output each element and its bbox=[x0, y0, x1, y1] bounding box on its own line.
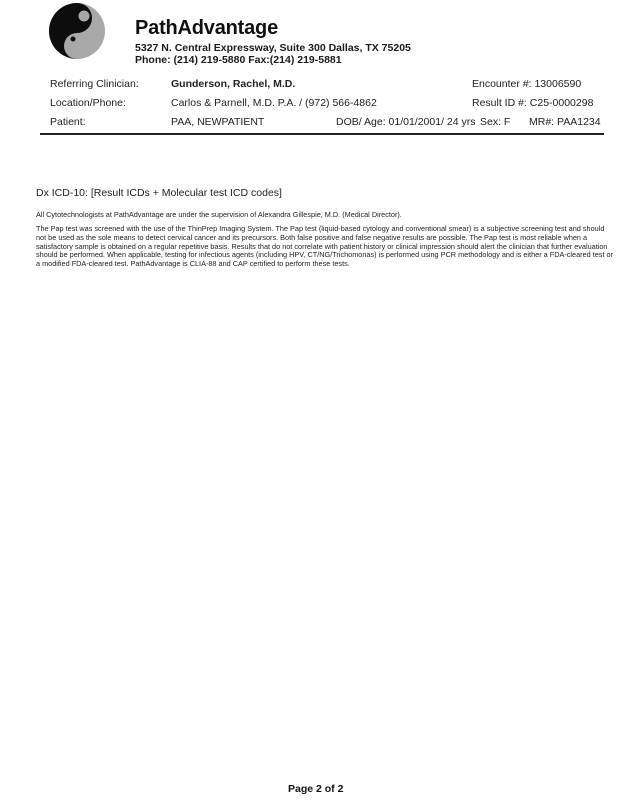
yin-yang-logo-icon bbox=[47, 0, 107, 60]
patient-name: PAA, NEWPATIENT bbox=[171, 116, 264, 128]
pap-test-disclaimer: The Pap test was screened with the use o… bbox=[36, 225, 616, 269]
referring-clinician-value: Gunderson, Rachel, M.D. bbox=[171, 78, 295, 90]
result-id: Result ID #: C25-0000298 bbox=[472, 97, 593, 109]
encounter-number: Encounter #: 13006590 bbox=[472, 78, 581, 90]
patient-sex: Sex: F bbox=[480, 116, 510, 128]
lab-phone-fax: Phone: (214) 219-5880 Fax:(214) 219-5881 bbox=[135, 54, 411, 66]
location-phone-label: Location/Phone: bbox=[50, 97, 126, 109]
location-phone-value: Carlos & Parnell, M.D. P.A. / (972) 566-… bbox=[171, 97, 377, 109]
brand-name: PathAdvantage bbox=[135, 17, 278, 40]
lab-address: 5327 N. Central Expressway, Suite 300 Da… bbox=[135, 42, 411, 54]
referring-clinician-label: Referring Clinician: bbox=[50, 78, 139, 90]
dob-age: DOB/ Age: 01/01/2001/ 24 yrs bbox=[336, 116, 476, 128]
header-divider bbox=[40, 133, 604, 135]
dx-icd10: Dx ICD-10: [Result ICDs + Molecular test… bbox=[36, 187, 282, 199]
patient-label: Patient: bbox=[50, 116, 86, 128]
lab-address-block: 5327 N. Central Expressway, Suite 300 Da… bbox=[135, 42, 411, 66]
page-number: Page 2 of 2 bbox=[288, 783, 343, 795]
supervision-statement: All Cytotechnologists at PathAdvantage a… bbox=[36, 210, 402, 219]
medical-record-number: MR#: PAA1234 bbox=[529, 116, 601, 128]
